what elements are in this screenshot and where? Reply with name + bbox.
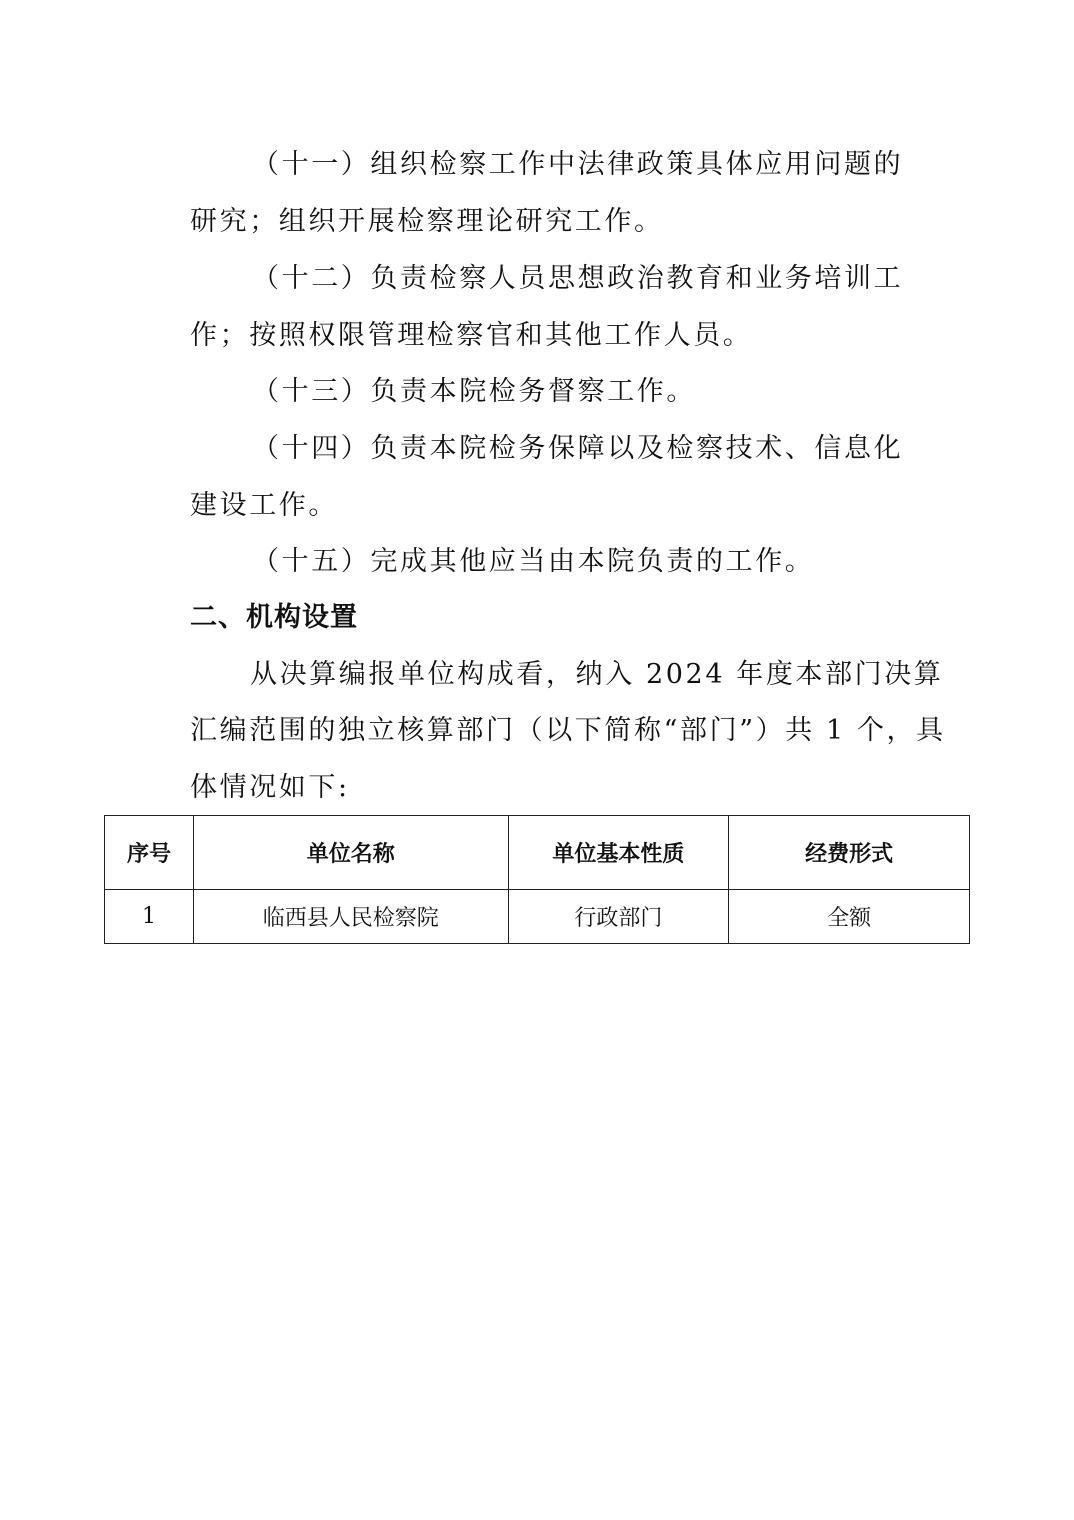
paragraph-14-line-2: 建设工作。 bbox=[190, 491, 338, 521]
paragraph-11-line-2: 研究；组织开展检察理论研究工作。 bbox=[190, 207, 664, 237]
cell-unit-name: 临西县人民检察院 bbox=[193, 890, 508, 944]
paragraph-12-line-1: （十二）负责检察人员思想政治教育和业务培训工 bbox=[252, 264, 903, 294]
header-index: 序号 bbox=[105, 816, 194, 890]
header-unit-nature: 单位基本性质 bbox=[508, 816, 729, 890]
header-funding-form: 经费形式 bbox=[729, 816, 970, 890]
unit-table: 序号 单位名称 单位基本性质 经费形式 1 临西县人民检察院 行政部门 全额 bbox=[104, 815, 970, 944]
header-unit-name: 单位名称 bbox=[193, 816, 508, 890]
paragraph-15-line-1: （十五）完成其他应当由本院负责的工作。 bbox=[252, 547, 814, 577]
paragraph-12-line-2: 作；按照权限管理检察官和其他工作人员。 bbox=[190, 321, 752, 351]
paragraph-14-line-1: （十四）负责本院检务保障以及检察技术、信息化 bbox=[252, 434, 903, 464]
cell-funding-form: 全额 bbox=[729, 890, 970, 944]
intro-line-1: 从决算编报单位构成看，纳入 2024 年度本部门决算 bbox=[250, 660, 943, 690]
intro-line-3: 体情况如下: bbox=[190, 773, 350, 803]
intro-line-2: 汇编范围的独立核算部门（以下简称“部门”）共 1 个，具 bbox=[190, 716, 946, 746]
cell-unit-nature: 行政部门 bbox=[508, 890, 729, 944]
section-heading: 二、机构设置 bbox=[190, 603, 358, 633]
paragraph-11-line-1: （十一）组织检察工作中法律政策具体应用问题的 bbox=[252, 150, 903, 180]
table-row: 1 临西县人民检察院 行政部门 全额 bbox=[105, 890, 970, 944]
table-header-row: 序号 单位名称 单位基本性质 经费形式 bbox=[105, 816, 970, 890]
paragraph-13-line-1: （十三）负责本院检务督察工作。 bbox=[252, 377, 696, 407]
cell-index: 1 bbox=[105, 890, 194, 944]
